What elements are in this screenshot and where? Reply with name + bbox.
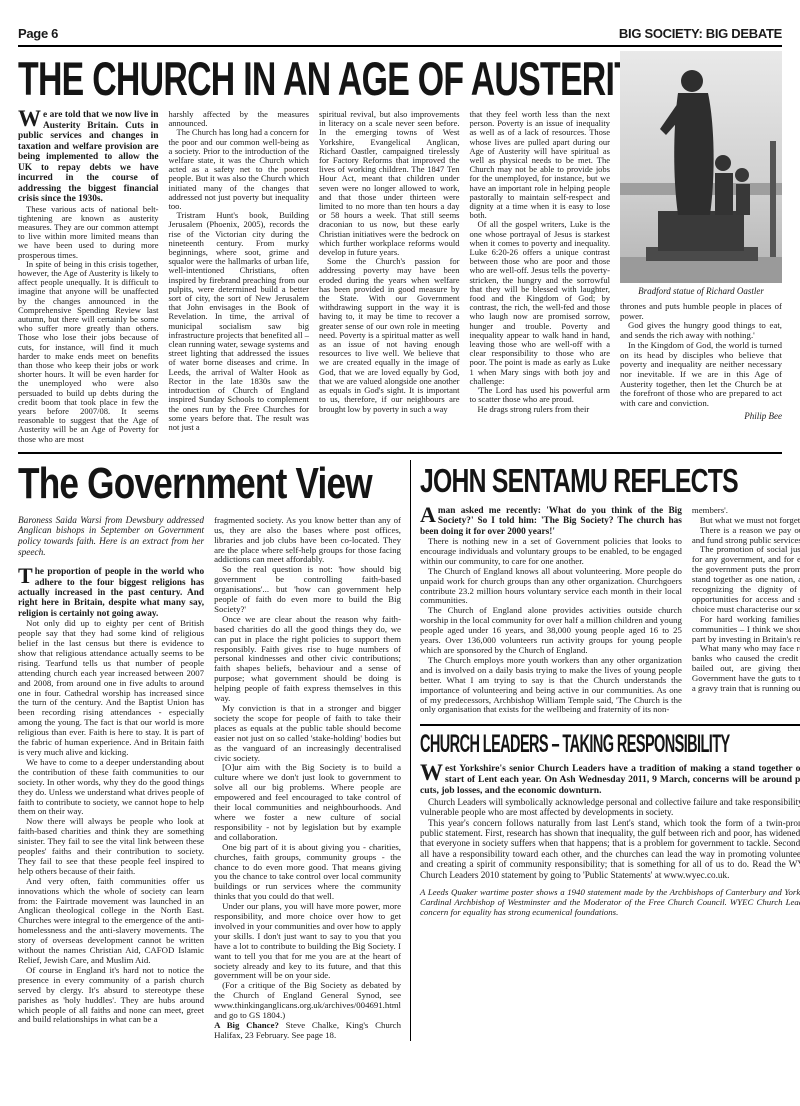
article-church-in-age-of-austerity: THE CHURCH IN AN AGE OF AUSTERITY We are… bbox=[18, 51, 782, 444]
paragraph: So the real question is not: 'how should… bbox=[214, 565, 401, 615]
gv-column-2: fragmented society. As you know better t… bbox=[214, 516, 401, 1041]
article-column-1: We are told that we now live in Austerit… bbox=[18, 110, 159, 444]
column-text: that they feel worth less than the next … bbox=[470, 110, 611, 414]
section-title: BIG SOCIETY: BIG DEBATE bbox=[619, 26, 782, 41]
column-text: harshly affected by the measures announc… bbox=[169, 110, 310, 432]
paragraph: The Church of England alone provides act… bbox=[420, 606, 682, 656]
paragraph: Some the Church's passion for addressing… bbox=[319, 257, 460, 413]
column-text: thrones and puts humble people in places… bbox=[620, 302, 782, 409]
paragraph: He drags strong rulers from their bbox=[470, 405, 611, 414]
article-column-4: that they feel worth less than the next … bbox=[470, 110, 611, 444]
column-text: members'.But what we must not forget tha… bbox=[692, 506, 800, 694]
page-number: Page 6 bbox=[18, 26, 58, 41]
article-headline: THE CHURCH IN AN AGE OF AUSTERITY bbox=[18, 55, 656, 102]
sentamu-lead-paragraph: A man asked me recently: 'What do you th… bbox=[420, 506, 682, 537]
event-note-title: A Big Chance? bbox=[214, 1020, 279, 1030]
paragraph: There is a reason we pay our taxes. We s… bbox=[692, 526, 800, 546]
government-view-columns: Baroness Saida Warsi from Dewsbury addre… bbox=[18, 516, 401, 1041]
paragraph: This year's concern follows naturally fr… bbox=[420, 818, 800, 880]
bottom-region: The Government View Baroness Saida Warsi… bbox=[18, 460, 782, 1041]
photo-column: Bradford statue of Richard Oastler thron… bbox=[620, 51, 782, 421]
poster-caption: A Leeds Quaker wartime poster shows a 19… bbox=[420, 888, 800, 918]
article-church-leaders: CHURCH LEADERS – TAKING RESPONSIBILITY W… bbox=[420, 726, 800, 917]
column-text: spiritual revival, but also improvements… bbox=[319, 110, 460, 414]
article-headline-row: THE CHURCH IN AN AGE OF AUSTERITY bbox=[18, 51, 610, 110]
section-divider bbox=[18, 452, 782, 454]
paragraph: And very often, faith communities offer … bbox=[18, 877, 204, 966]
photo-caption: Bradford statue of Richard Oastler bbox=[620, 286, 782, 296]
paragraph: God gives the hungry good things to eat,… bbox=[620, 321, 782, 340]
paragraph: One big part of it is about giving you -… bbox=[214, 843, 401, 902]
column-text: Church Leaders will symbolically acknowl… bbox=[420, 797, 800, 880]
paragraph: We have to come to a deeper understandin… bbox=[18, 758, 204, 817]
article-john-sentamu: JOHN SENTAMU REFLECTS A man asked me rec… bbox=[420, 460, 800, 716]
paragraph: For hard working families – especially t… bbox=[692, 615, 800, 645]
paragraph: The Church employs more youth workers th… bbox=[420, 656, 682, 715]
church-leaders-headline: CHURCH LEADERS – TAKING RESPONSIBILITY bbox=[420, 732, 730, 757]
article-government-view: The Government View Baroness Saida Warsi… bbox=[18, 460, 411, 1041]
paragraph: The promotion of social justice should b… bbox=[692, 545, 800, 614]
paragraph: Of course in England it's hard not to no… bbox=[18, 966, 204, 1025]
paragraph: Church Leaders will symbolically acknowl… bbox=[420, 797, 800, 818]
sentamu-column-1: A man asked me recently: 'What do you th… bbox=[420, 506, 682, 716]
church-leaders-lead: West Yorkshire's senior Church Leaders h… bbox=[420, 764, 800, 796]
column-text: There is nothing new in a set of Governm… bbox=[420, 537, 682, 715]
sentamu-column-2: members'.But what we must not forget tha… bbox=[692, 506, 800, 716]
newspaper-page: Page 6 BIG SOCIETY: BIG DEBATE THE CHURC… bbox=[0, 0, 800, 1106]
standfirst: Baroness Saida Warsi from Dewsbury addre… bbox=[18, 516, 204, 558]
paragraph: What many who may face redundancies will… bbox=[692, 644, 800, 694]
byline: Philip Bee bbox=[620, 411, 782, 421]
paragraph: These various acts of national belt-tigh… bbox=[18, 205, 159, 260]
paragraph: harshly affected by the measures announc… bbox=[169, 110, 310, 128]
paragraph: Under our plans, you will have more powe… bbox=[214, 902, 401, 981]
church-leaders-body: West Yorkshire's senior Church Leaders h… bbox=[420, 764, 800, 917]
paragraph: thrones and puts humble people in places… bbox=[620, 302, 782, 321]
paragraph: In the Kingdom of God, the world is turn… bbox=[620, 341, 782, 409]
article-column-3: spiritual revival, but also improvements… bbox=[319, 110, 460, 444]
column-text: fragmented society. As you know better t… bbox=[214, 516, 401, 1021]
paragraph: In spite of being in this crisis togethe… bbox=[18, 260, 159, 444]
paragraph: (For a critique of the Big Society as de… bbox=[214, 981, 401, 1021]
paragraph: that they feel worth less than the next … bbox=[470, 110, 611, 220]
event-note: A Big Chance? Steve Chalke, King's Churc… bbox=[214, 1021, 401, 1041]
column-text: These various acts of national belt-tigh… bbox=[18, 205, 159, 444]
gv-lead-paragraph: The proportion of people in the world wh… bbox=[18, 567, 204, 619]
paragraph: Tristram Hunt's book, Building Jerusalem… bbox=[169, 211, 310, 432]
article-columns: We are told that we now live in Austerit… bbox=[18, 110, 610, 444]
sentamu-columns: A man asked me recently: 'What do you th… bbox=[420, 506, 800, 716]
paragraph: Now there will always be people who look… bbox=[18, 817, 204, 876]
government-view-headline: The Government View bbox=[18, 462, 372, 506]
paragraph: The Church has long had a concern for th… bbox=[169, 128, 310, 211]
masthead: Page 6 BIG SOCIETY: BIG DEBATE bbox=[18, 26, 782, 47]
statue-photo bbox=[620, 51, 782, 283]
paragraph: Once we are clear about the reason why f… bbox=[214, 615, 401, 704]
article-column-2: harshly affected by the measures announc… bbox=[169, 110, 310, 444]
sentamu-headline: JOHN SENTAMU REFLECTS bbox=[420, 464, 738, 497]
paragraph: fragmented society. As you know better t… bbox=[214, 516, 401, 566]
paragraph: spiritual revival, but also improvements… bbox=[319, 110, 460, 257]
article-lead-paragraph: We are told that we now live in Austerit… bbox=[18, 110, 159, 205]
paragraph: [O]ur aim with the Big Society is to bui… bbox=[214, 763, 401, 842]
paragraph: 'The Lord has used his powerful arm to s… bbox=[470, 386, 611, 404]
column-text: Not only did up to eighty per cent of Br… bbox=[18, 619, 204, 1025]
paragraph: The Church of England knows all about vo… bbox=[420, 567, 682, 607]
paragraph: Of all the gospel writers, Luke is the o… bbox=[470, 220, 611, 386]
gv-column-1: Baroness Saida Warsi from Dewsbury addre… bbox=[18, 516, 204, 1041]
paragraph: There is nothing new in a set of Governm… bbox=[420, 537, 682, 567]
paragraph: Not only did up to eighty per cent of Br… bbox=[18, 619, 204, 758]
right-section: JOHN SENTAMU REFLECTS A man asked me rec… bbox=[411, 460, 800, 1041]
paragraph: My conviction is that in a stronger and … bbox=[214, 704, 401, 763]
